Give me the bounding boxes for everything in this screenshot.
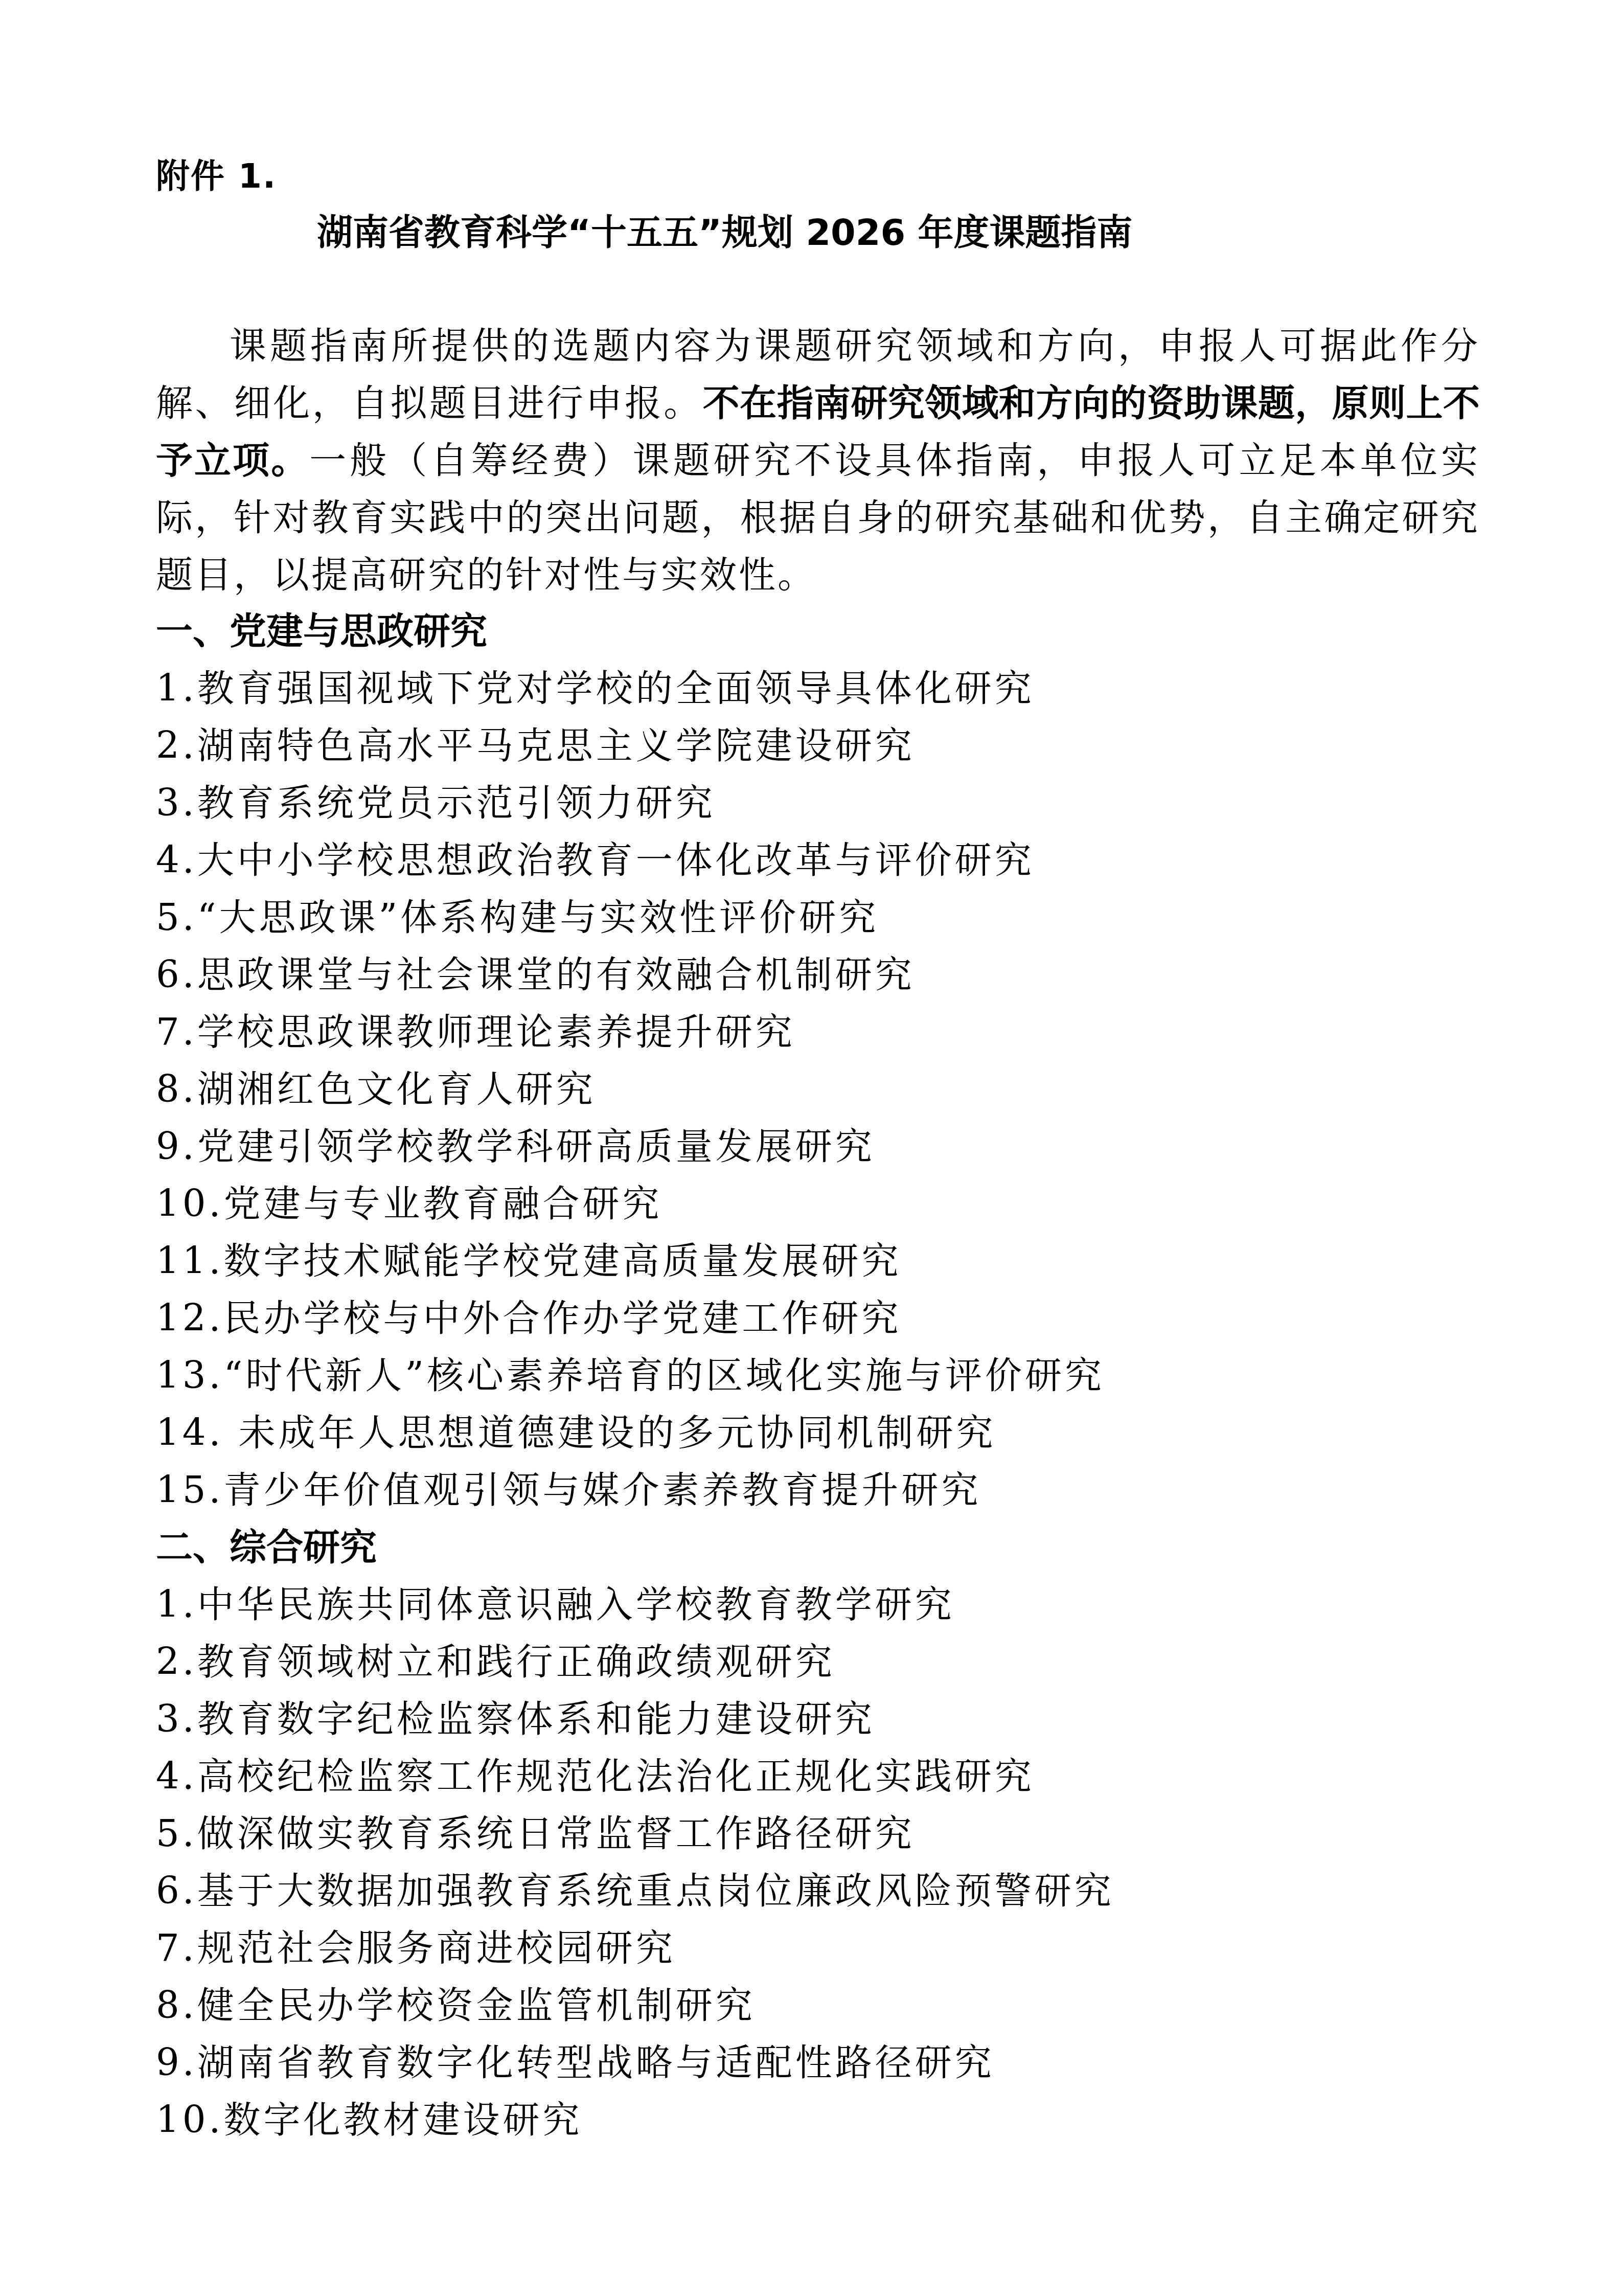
list-item: 10.党建与专业教育融合研究 (156, 1175, 1480, 1232)
list-item: 5.“大思政课”体系构建与实效性评价研究 (156, 889, 1480, 946)
section-party-building: 一、党建与思政研究 1.教育强国视域下党对学校的全面领导具体化研究 2.湖南特色… (156, 602, 1480, 1518)
topic-list: 一、党建与思政研究 1.教育强国视域下党对学校的全面领导具体化研究 2.湖南特色… (156, 602, 1480, 2148)
list-item: 4.高校纪检监察工作规范化法治化正规化实践研究 (156, 1747, 1480, 1805)
attachment-label: 附件 1. (156, 153, 277, 199)
intro-text-continued: 一般（自筹经费）课题研究不设具体指南，申报人可立足本单位实际，针对教育实践中的突… (156, 439, 1480, 596)
list-item: 13.“时代新人”核心素养培育的区域化实施与评价研究 (156, 1347, 1480, 1404)
list-item: 15.青少年价值观引领与媒介素养教育提升研究 (156, 1461, 1480, 1518)
list-item: 10.数字化教材建设研究 (156, 2091, 1480, 2148)
list-item: 9.党建引领学校教学科研高质量发展研究 (156, 1118, 1480, 1175)
list-item: 11.数字技术赋能学校党建高质量发展研究 (156, 1232, 1480, 1289)
list-item: 9.湖南省教育数字化转型战略与适配性路径研究 (156, 2034, 1480, 2091)
list-item: 8.健全民办学校资金监管机制研究 (156, 1976, 1480, 2034)
section-heading: 二、综合研究 (156, 1518, 1480, 1576)
list-item: 6.基于大数据加强教育系统重点岗位廉政风险预警研究 (156, 1862, 1480, 1919)
document-page: 附件 1. 湖南省教育科学“十五五”规划 2026 年度课题指南 课题指南所提供… (0, 0, 1623, 2296)
list-item: 2.教育领域树立和践行正确政绩观研究 (156, 1633, 1480, 1690)
list-item: 2.湖南特色高水平马克思主义学院建设研究 (156, 717, 1480, 774)
list-item: 1.教育强国视域下党对学校的全面领导具体化研究 (156, 660, 1480, 717)
list-item: 6.思政课堂与社会课堂的有效融合机制研究 (156, 946, 1480, 1003)
list-item: 8.湖湘红色文化育人研究 (156, 1060, 1480, 1118)
list-item: 12.民办学校与中外合作办学党建工作研究 (156, 1289, 1480, 1347)
list-item: 14. 未成年人思想道德建设的多元协同机制研究 (156, 1404, 1480, 1461)
section-comprehensive: 二、综合研究 1.中华民族共同体意识融入学校教育教学研究 2.教育领域树立和践行… (156, 1518, 1480, 2148)
list-item: 1.中华民族共同体意识融入学校教育教学研究 (156, 1576, 1480, 1633)
intro-paragraph: 课题指南所提供的选题内容为课题研究领域和方向，申报人可据此作分解、细化，自拟题目… (156, 317, 1480, 603)
list-item: 7.规范社会服务商进校园研究 (156, 1919, 1480, 1976)
list-item: 4.大中小学校思想政治教育一体化改革与评价研究 (156, 831, 1480, 889)
document-title: 湖南省教育科学“十五五”规划 2026 年度课题指南 (317, 207, 1133, 258)
section-heading: 一、党建与思政研究 (156, 602, 1480, 660)
list-item: 3.教育数字纪检监察体系和能力建设研究 (156, 1690, 1480, 1747)
list-item: 7.学校思政课教师理论素养提升研究 (156, 1003, 1480, 1060)
list-item: 5.做深做实教育系统日常监督工作路径研究 (156, 1805, 1480, 1862)
list-item: 3.教育系统党员示范引领力研究 (156, 774, 1480, 831)
